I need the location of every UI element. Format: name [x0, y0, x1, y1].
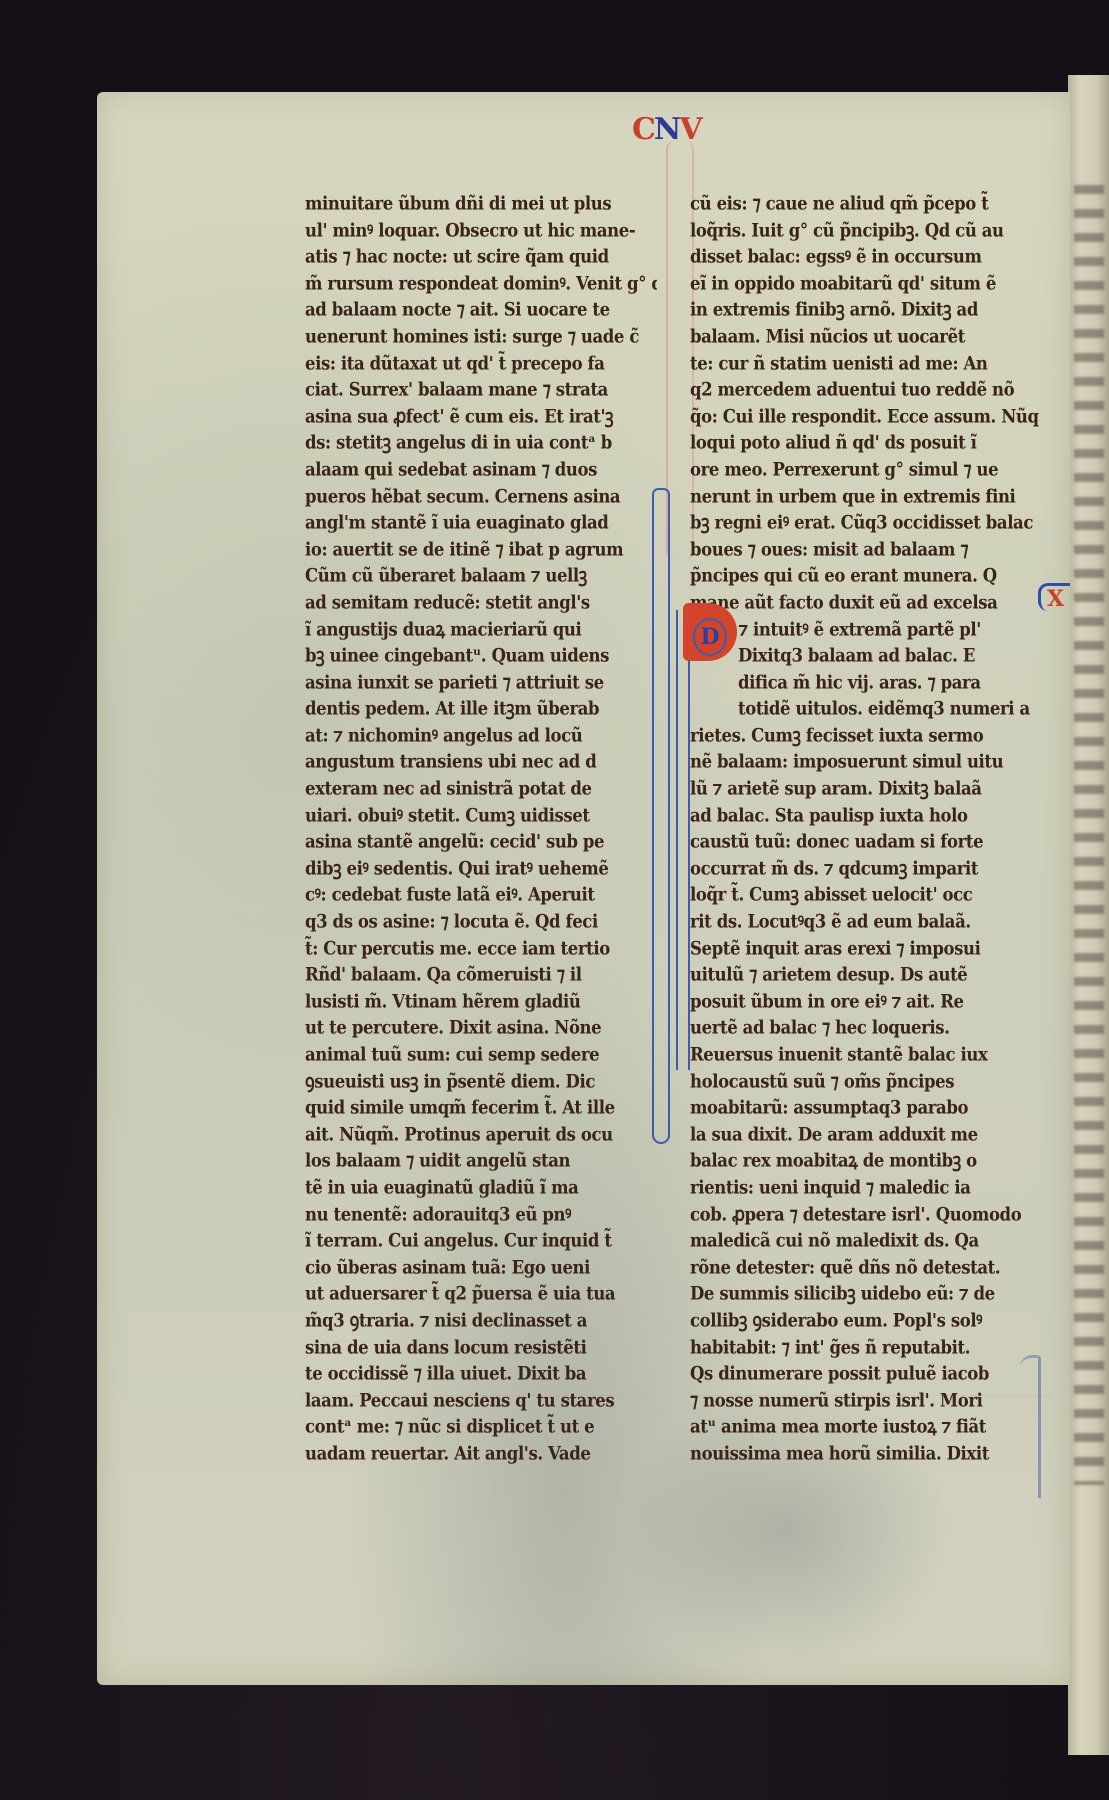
- text-column-left: minuitare ũbum dñi di mei ut plusul' min…: [305, 191, 657, 1468]
- adjacent-page-text-blur: [1074, 185, 1104, 1485]
- text-line: balaam. Misi nũcios ut uocarẽt: [690, 322, 1042, 353]
- blue-initial-descender: [1020, 1355, 1041, 1498]
- running-header-n: N: [654, 112, 679, 147]
- text-line: ad semitam reducẽ: stetit angl's: [305, 588, 657, 619]
- text-line: rientis: ueni inquid ⁊ maledic ia: [690, 1173, 1042, 1204]
- text-line: collibꝫ ꝯsiderabo eum. Popl's solꝰ: [690, 1306, 1042, 1337]
- text-line: uadam reuertar. Ait angl's. Vade: [305, 1439, 657, 1470]
- text-line: uenerunt homines isti: surge ⁊ uade c̃: [305, 322, 657, 353]
- text-line: minuitare ũbum dñi di mei ut plus: [305, 189, 657, 220]
- text-line: m̃q3 ꝯtraria. ⁊ nisi declinasset a: [305, 1306, 657, 1337]
- chapter-number-marker: X: [1038, 583, 1070, 611]
- running-header: CNV: [632, 112, 701, 147]
- text-line: animal tuũ sum: cui semp sedere: [305, 1040, 657, 1071]
- text-line: tẽ in uia euaginatũ gladiũ ĩ ma: [305, 1173, 657, 1204]
- text-line: ore meo. Perrexerunt g° simul ⁊ ue: [690, 455, 1042, 486]
- text-line: cũ eis: ⁊ caue ne aliud qm̃ p̃cepo t̃: [690, 189, 1042, 220]
- text-line: Reuersus inuenit stantẽ balac iux: [690, 1040, 1042, 1071]
- adjacent-page-stack: [1068, 75, 1109, 1755]
- initial-letter: D: [693, 618, 727, 656]
- chapter-number: X: [1047, 586, 1064, 612]
- running-header-c: C: [632, 112, 654, 147]
- running-header-v: V: [679, 112, 700, 147]
- text-line: alaam qui sedebat asinam ⁊ duos: [305, 455, 657, 486]
- text-line: mane aũt facto duxit eũ ad excelsa: [690, 588, 1042, 619]
- blue-penwork-stem: [676, 610, 690, 1070]
- text-line: nouissima mea horũ similia. Dixit: [690, 1439, 1042, 1470]
- text-column-right: cũ eis: ⁊ caue ne aliud qm̃ p̃cepo t̃loq…: [690, 191, 1042, 1468]
